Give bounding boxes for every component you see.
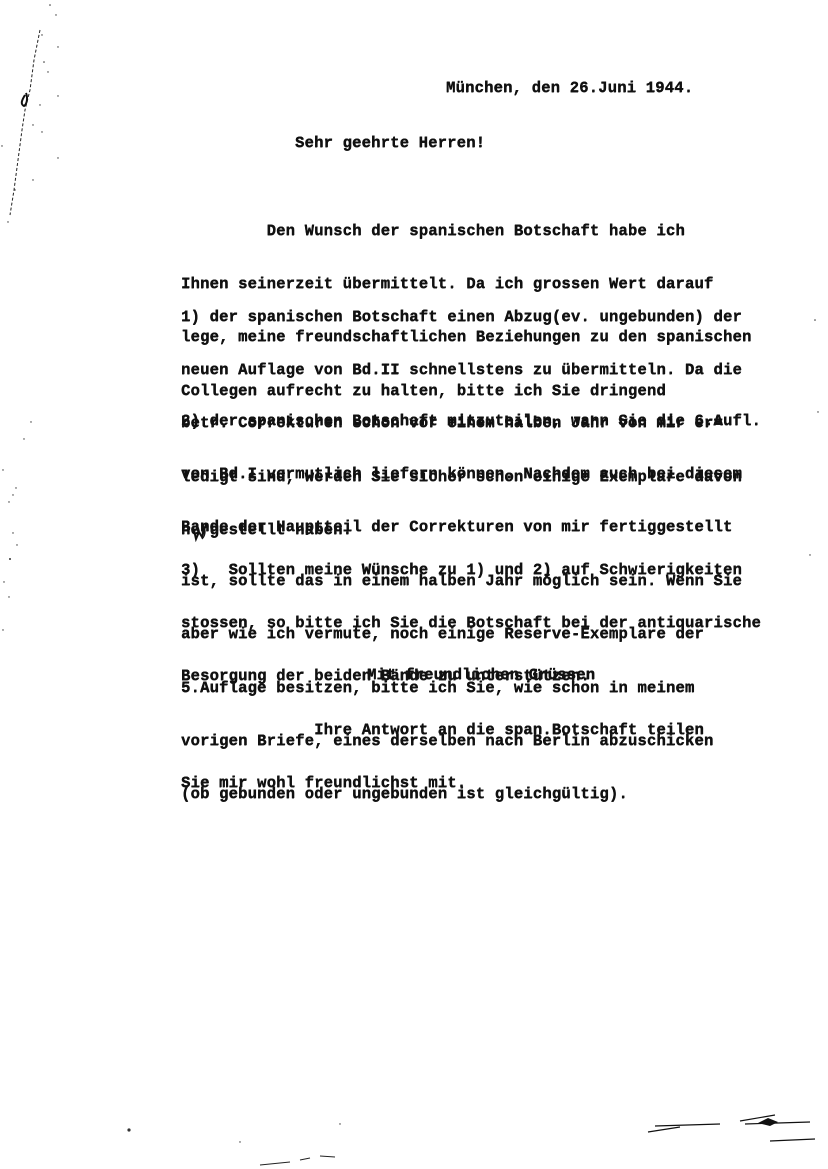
paragraph-line: Sie mir wohl freundlichst mit. <box>181 775 761 793</box>
place-date-line: München, den 26.Juni 1944. <box>446 80 693 98</box>
paragraph-line: 3) Sollten meine Wünsche zu 1) und 2) au… <box>181 562 761 580</box>
paragraph-line: 2) der spanischen Botschaft mitzuteilen,… <box>181 413 761 431</box>
handwritten-correction-mark <box>193 522 207 542</box>
letter-page: München, den 26.Juni 1944. Sehr geehrte … <box>0 0 828 1169</box>
salutation: Sehr geehrte Herren! <box>295 135 485 153</box>
paragraph-line: 1) der spanischen Botschaft einen Abzug(… <box>181 309 742 327</box>
paragraph-line: Ihre Antwort an die span.Botschaft teile… <box>181 722 761 740</box>
paragraph-line: von Bd.I vermutlich liefern können. Nach… <box>181 466 761 484</box>
closing: Mit freundlichen Grüssen <box>367 667 595 685</box>
paragraph-line: stossen, so bitte ich Sie die Botschaft … <box>181 615 761 633</box>
paragraph-line: Den Wunsch der spanischen Botschaft habe… <box>181 223 751 241</box>
